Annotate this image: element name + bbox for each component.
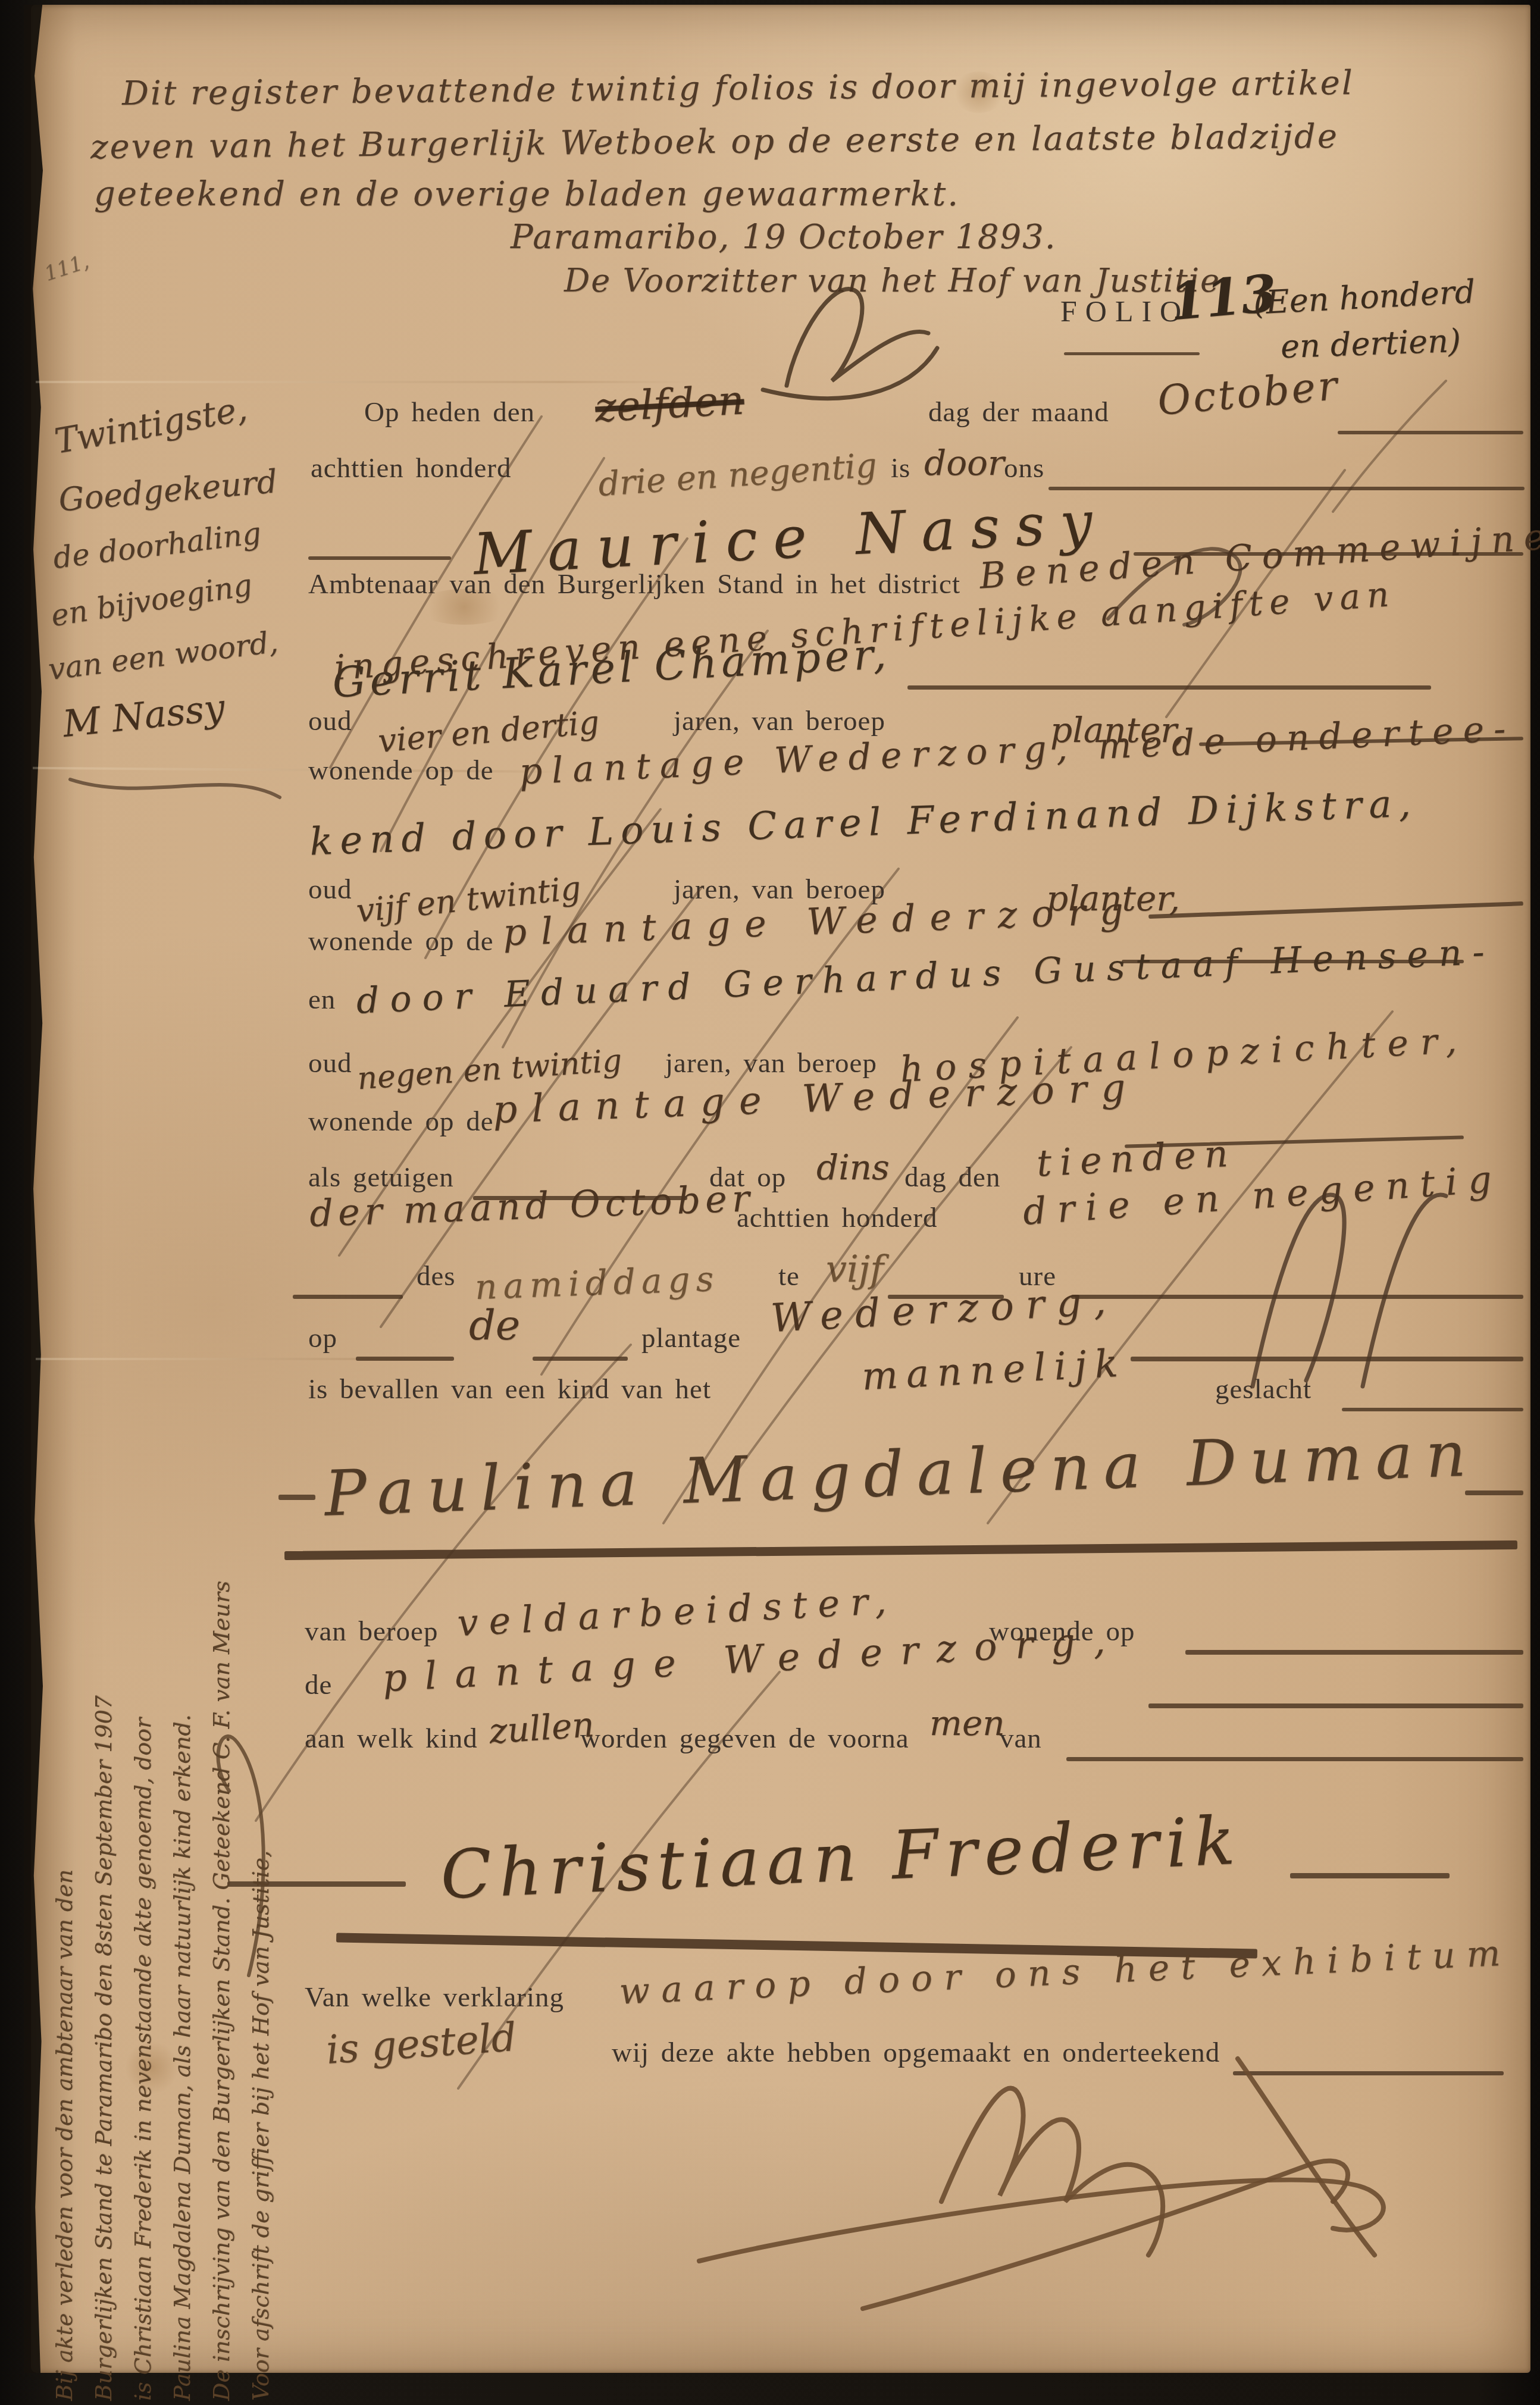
- side-note-line-2: Burgerlijken Stand te Paramaribo den 8st…: [84, 1526, 123, 2401]
- printed-geslacht: geslacht: [1215, 1373, 1311, 1405]
- printed-plantage: plantage: [641, 1322, 741, 1354]
- printed-dag-den: dag den: [904, 1161, 1000, 1194]
- printed-van-beroep: van beroep: [305, 1615, 438, 1648]
- paper-crease: [36, 381, 690, 383]
- blank-rule: [356, 1357, 454, 1361]
- blank-rule: [1048, 487, 1525, 490]
- blank-rule: [1338, 431, 1523, 434]
- hand-hour: vijf: [826, 1247, 884, 1291]
- printed-jaren-van-beroep: jaren, van beroep: [665, 1047, 877, 1079]
- blank-rule: [1185, 1650, 1523, 1655]
- folio-underline: [1064, 352, 1200, 355]
- dash-rule: [278, 1495, 315, 1500]
- printed-ons: ons: [1004, 452, 1044, 484]
- blank-rule: [1148, 1703, 1523, 1708]
- blank-rule: [308, 556, 451, 560]
- side-note-line-1: Bij akte verleden voor den ambtenaar van…: [45, 1526, 84, 2401]
- printed-worden-gegeven: worden gegeven de voorna: [580, 1723, 909, 1755]
- side-note-line-6: Voor afschrift de griffier bij het Hof v…: [241, 1526, 280, 2401]
- printed-oud: oud: [308, 705, 352, 737]
- printed-dag-der-maand: dag der maand: [928, 396, 1109, 428]
- hand-weekday: dins: [816, 1147, 890, 1188]
- printed-akte-opgemaakt: wij deze akte hebben opgemaakt en ondert…: [612, 2037, 1220, 2069]
- side-note-line-4: Paulina Magdalena Duman, als haar natuur…: [162, 1526, 202, 2401]
- blank-rule: [1342, 1408, 1523, 1411]
- folio-number-words-2: en dertien): [1280, 322, 1461, 366]
- printed-is: is: [891, 452, 910, 484]
- printed-oud: oud: [308, 1047, 352, 1079]
- dash-rule: [1465, 1490, 1523, 1495]
- register-scan: 111, Dit register bevattende twintig fol…: [0, 0, 1540, 2405]
- hand-zullen: zullen: [488, 1704, 596, 1752]
- printed-van: van: [1000, 1723, 1042, 1755]
- printed-des: des: [417, 1260, 456, 1292]
- side-recognition-note: Bij akte verleden voor den ambtenaar van…: [45, 1526, 289, 2401]
- printed-op-heden-den: Op heden den: [364, 396, 535, 428]
- printed-bevallen-line: is bevallen van een kind van het: [308, 1373, 711, 1405]
- side-note-line-5: De inschrijving van den Burgerlijken Sta…: [202, 1526, 241, 2401]
- blank-rule: [1071, 1295, 1523, 1299]
- blank-rule: [1233, 2071, 1504, 2075]
- hand-de: de: [469, 1301, 520, 1349]
- blank-rule: [1131, 1357, 1523, 1361]
- printed-te: te: [778, 1260, 800, 1292]
- blank-rule: [1066, 1757, 1523, 1761]
- hand-daypart: namiddags: [474, 1258, 720, 1307]
- attestation-line-3: geteekend en de overige bladen gewaarmer…: [94, 175, 960, 214]
- hand-door: door: [924, 443, 1004, 483]
- hand-men: men: [929, 1703, 1005, 1743]
- printed-wonende-op-de: wonende op de: [308, 754, 494, 787]
- printed-en: en: [308, 984, 336, 1016]
- printed-achttien-honderd: achttien honderd: [737, 1202, 938, 1234]
- printed-jaren-van-beroep: jaren, van beroep: [674, 705, 885, 737]
- hand-struck-day-word: zelfden: [594, 377, 745, 431]
- printed-wonende-op-de: wonende op de: [308, 1106, 494, 1138]
- blank-rule: [533, 1357, 628, 1361]
- dash-rule: [1290, 1873, 1450, 1878]
- printed-wonende-op-de: wonende op de: [308, 925, 494, 957]
- printed-ambtenaar-line: Ambtenaar van den Burgerlijken Stand in …: [308, 568, 960, 600]
- printed-aan-welk-kind: aan welk kind: [305, 1723, 478, 1755]
- printed-de: de: [305, 1669, 332, 1701]
- side-note-line-3: is Christiaan Frederik in nevenstaande a…: [123, 1526, 162, 2401]
- printed-op: op: [308, 1322, 337, 1354]
- printed-oud: oud: [308, 873, 352, 906]
- attestation-place-date: Paramaribo, 19 October 1893.: [511, 218, 1056, 256]
- blank-rule: [907, 685, 1431, 690]
- printed-van-welke-verklaring: Van welke verklaring: [305, 1981, 564, 2013]
- blank-rule: [293, 1295, 403, 1299]
- printed-achttien-honderd: achttien honderd: [311, 452, 512, 484]
